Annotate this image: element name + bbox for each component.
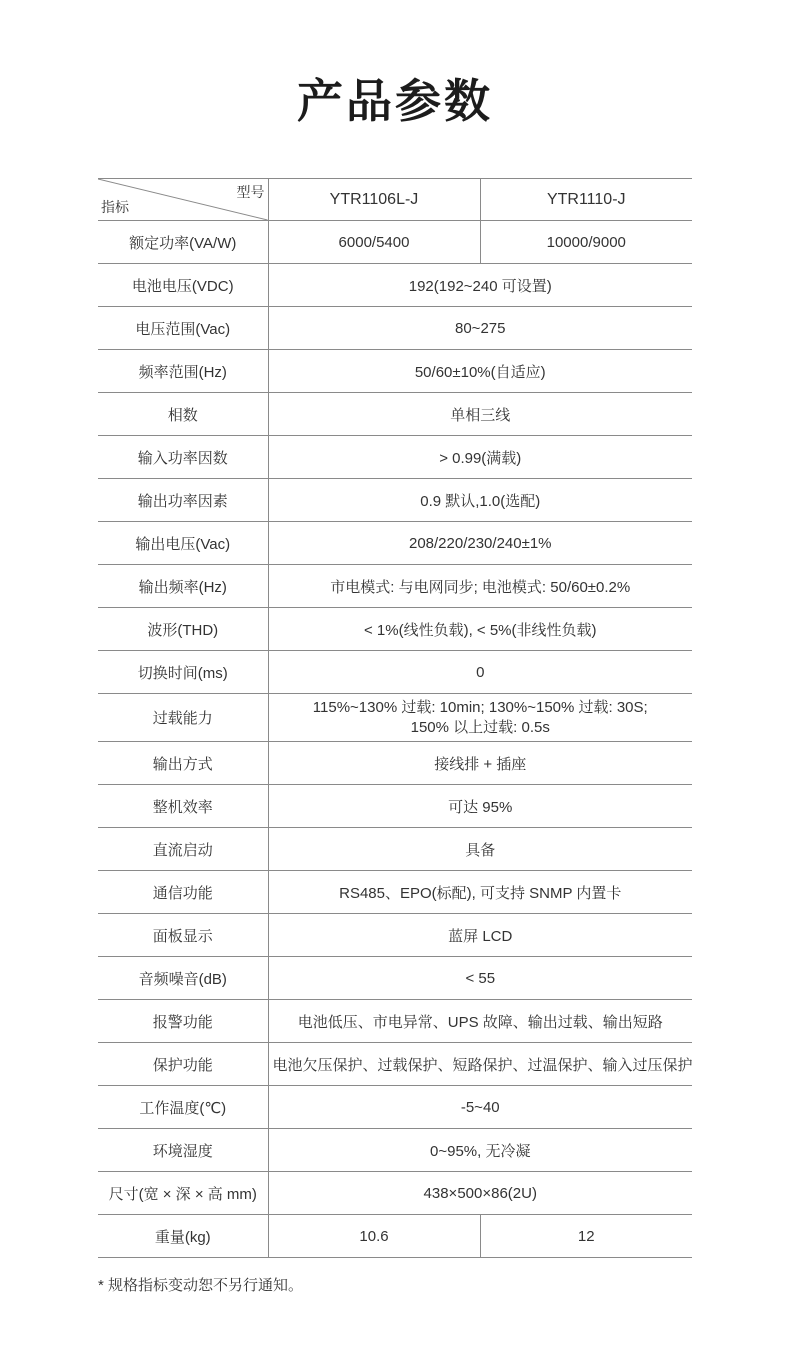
row-value: < 1%(线性负载), < 5%(非线性负载) — [268, 608, 692, 651]
row-label: 电压范围(Vac) — [98, 307, 268, 350]
row-value: 0~95%, 无冷凝 — [268, 1129, 692, 1172]
row-label: 面板显示 — [98, 914, 268, 957]
row-value: 6000/5400 — [268, 221, 480, 264]
row-value: 208/220/230/240±1% — [268, 522, 692, 565]
table-row: 尺寸(宽 × 深 × 高 mm)438×500×86(2U) — [98, 1172, 692, 1215]
table-row: 面板显示蓝屏 LCD — [98, 914, 692, 957]
row-label: 音频噪音(dB) — [98, 957, 268, 1000]
row-label: 重量(kg) — [98, 1215, 268, 1258]
table-row: 输出功率因素0.9 默认,1.0(选配) — [98, 479, 692, 522]
row-value: 192(192~240 可设置) — [268, 264, 692, 307]
row-label: 保护功能 — [98, 1043, 268, 1086]
table-header-row: 型号 指标 YTR1106L-J YTR1110-J — [98, 179, 692, 221]
row-value: 市电模式: 与电网同步; 电池模式: 50/60±0.2% — [268, 565, 692, 608]
product-spec-page: 产品参数 型号 指标 YTR1106L-J YTR1110-J — [0, 0, 790, 1361]
row-value: 10.6 — [268, 1215, 480, 1258]
row-value: 12 — [480, 1215, 692, 1258]
row-value: > 0.99(满载) — [268, 436, 692, 479]
row-value: 蓝屏 LCD — [268, 914, 692, 957]
row-label: 工作温度(℃) — [98, 1086, 268, 1129]
column-header-model-2: YTR1110-J — [480, 179, 692, 221]
table-row: 电池电压(VDC)192(192~240 可设置) — [98, 264, 692, 307]
row-value: 接线排 + 插座 — [268, 742, 692, 785]
row-value: 115%~130% 过载: 10min; 130%~150% 过载: 30S;1… — [268, 694, 692, 742]
table-row: 相数单相三线 — [98, 393, 692, 436]
row-label: 输出频率(Hz) — [98, 565, 268, 608]
diagonal-corner: 型号 指标 — [98, 179, 268, 220]
table-row: 输出方式接线排 + 插座 — [98, 742, 692, 785]
row-label: 整机效率 — [98, 785, 268, 828]
corner-header-cell: 型号 指标 — [98, 179, 268, 221]
row-label: 输出电压(Vac) — [98, 522, 268, 565]
row-label: 电池电压(VDC) — [98, 264, 268, 307]
row-label: 过载能力 — [98, 694, 268, 742]
row-label: 相数 — [98, 393, 268, 436]
table-row: 音频噪音(dB)< 55 — [98, 957, 692, 1000]
table-row: 输入功率因数> 0.99(满载) — [98, 436, 692, 479]
table-row: 输出频率(Hz)市电模式: 与电网同步; 电池模式: 50/60±0.2% — [98, 565, 692, 608]
row-label: 切换时间(ms) — [98, 651, 268, 694]
spec-change-footnote: * 规格指标变动恕不另行通知。 — [98, 1274, 790, 1295]
row-value-line: 115%~130% 过载: 10min; 130%~150% 过载: 30S; — [273, 698, 689, 718]
row-value: < 55 — [268, 957, 692, 1000]
row-label: 波形(THD) — [98, 608, 268, 651]
corner-label-model: 型号 — [237, 182, 265, 202]
table-row: 工作温度(℃)-5~40 — [98, 1086, 692, 1129]
table-row: 报警功能电池低压、市电异常、UPS 故障、输出过载、输出短路 — [98, 1000, 692, 1043]
table-row: 切换时间(ms)0 — [98, 651, 692, 694]
row-value: -5~40 — [268, 1086, 692, 1129]
table-row: 保护功能电池欠压保护、过载保护、短路保护、过温保护、输入过压保护 — [98, 1043, 692, 1086]
row-label: 报警功能 — [98, 1000, 268, 1043]
page-title: 产品参数 — [0, 0, 790, 128]
spec-table: 型号 指标 YTR1106L-J YTR1110-J 额定功率(VA/W)600… — [98, 178, 692, 1258]
row-value: 具备 — [268, 828, 692, 871]
row-label: 输出功率因素 — [98, 479, 268, 522]
row-label: 通信功能 — [98, 871, 268, 914]
row-value: 438×500×86(2U) — [268, 1172, 692, 1215]
table-row: 频率范围(Hz)50/60±10%(自适应) — [98, 350, 692, 393]
row-value: 50/60±10%(自适应) — [268, 350, 692, 393]
row-label: 频率范围(Hz) — [98, 350, 268, 393]
row-value: 0 — [268, 651, 692, 694]
table-row: 重量(kg)10.612 — [98, 1215, 692, 1258]
table-row: 波形(THD)< 1%(线性负载), < 5%(非线性负载) — [98, 608, 692, 651]
row-value-line: 150% 以上过载: 0.5s — [273, 718, 689, 738]
row-label: 输入功率因数 — [98, 436, 268, 479]
row-label: 直流启动 — [98, 828, 268, 871]
row-value: 电池低压、市电异常、UPS 故障、输出过载、输出短路 — [268, 1000, 692, 1043]
table-row: 环境湿度0~95%, 无冷凝 — [98, 1129, 692, 1172]
table-row: 直流启动具备 — [98, 828, 692, 871]
table-row: 过载能力115%~130% 过载: 10min; 130%~150% 过载: 3… — [98, 694, 692, 742]
table-row: 额定功率(VA/W)6000/540010000/9000 — [98, 221, 692, 264]
row-label: 尺寸(宽 × 深 × 高 mm) — [98, 1172, 268, 1215]
row-value: 可达 95% — [268, 785, 692, 828]
row-label: 环境湿度 — [98, 1129, 268, 1172]
table-row: 电压范围(Vac)80~275 — [98, 307, 692, 350]
row-label: 额定功率(VA/W) — [98, 221, 268, 264]
row-label: 输出方式 — [98, 742, 268, 785]
row-value: 0.9 默认,1.0(选配) — [268, 479, 692, 522]
table-row: 通信功能RS485、EPO(标配), 可支持 SNMP 内置卡 — [98, 871, 692, 914]
row-value: 单相三线 — [268, 393, 692, 436]
column-header-model-1: YTR1106L-J — [268, 179, 480, 221]
row-value: 80~275 — [268, 307, 692, 350]
row-value: 电池欠压保护、过载保护、短路保护、过温保护、输入过压保护 — [268, 1043, 692, 1086]
spec-table-body: 型号 指标 YTR1106L-J YTR1110-J 额定功率(VA/W)600… — [98, 179, 692, 1258]
row-value: RS485、EPO(标配), 可支持 SNMP 内置卡 — [268, 871, 692, 914]
table-row: 整机效率可达 95% — [98, 785, 692, 828]
row-value: 10000/9000 — [480, 221, 692, 264]
corner-label-indicator: 指标 — [101, 197, 129, 217]
table-row: 输出电压(Vac)208/220/230/240±1% — [98, 522, 692, 565]
